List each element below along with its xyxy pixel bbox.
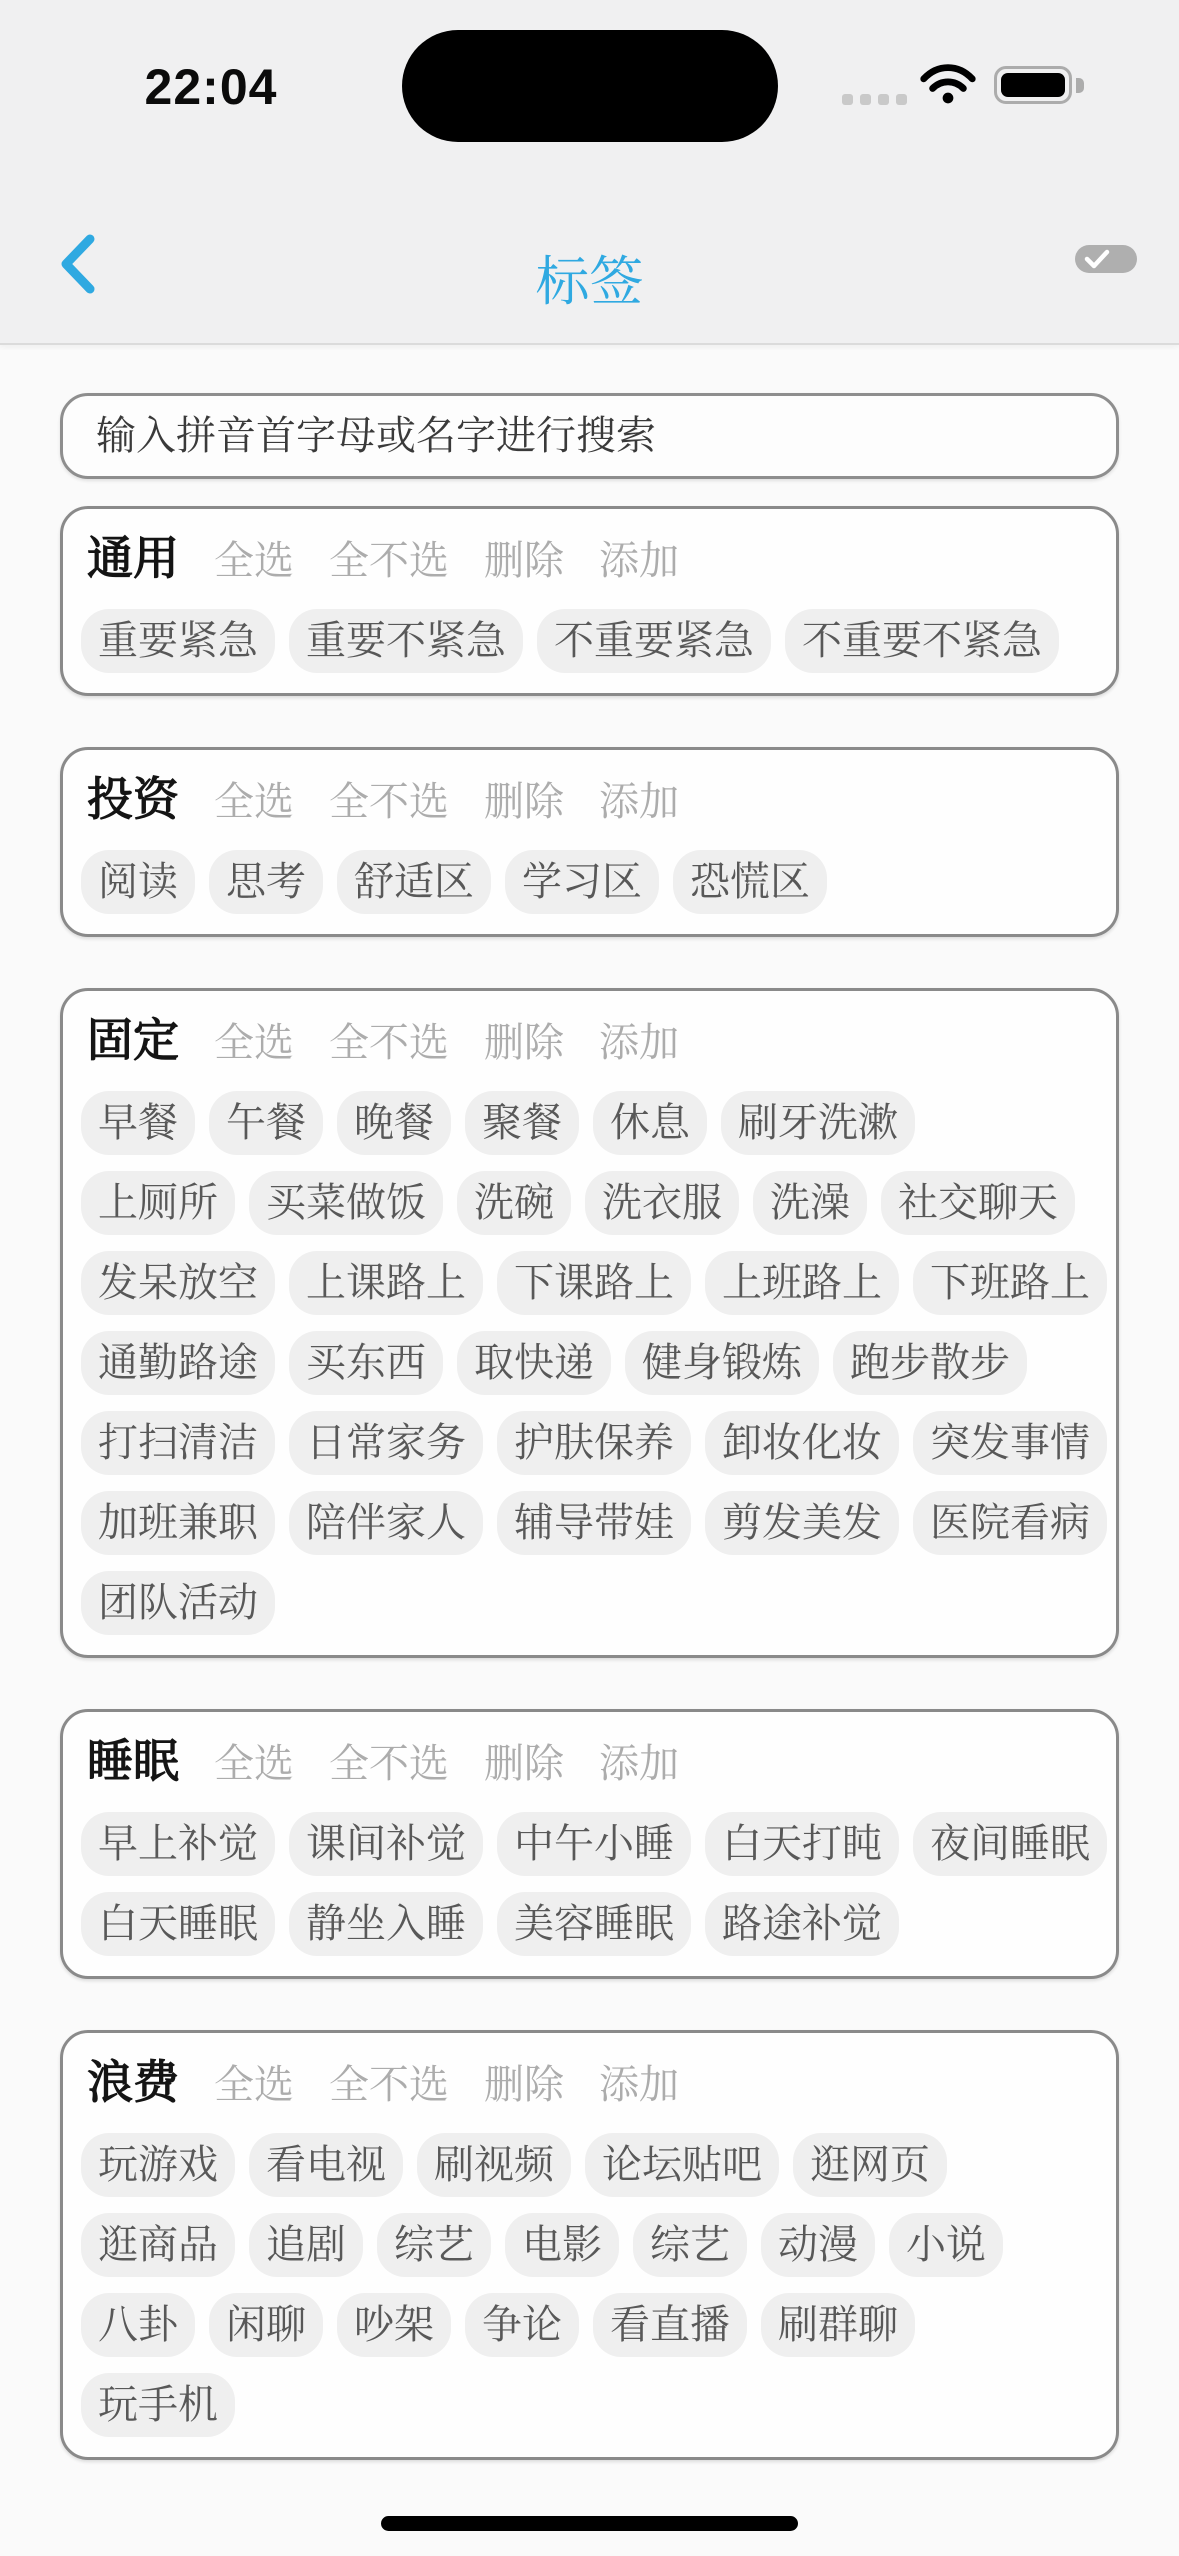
action-add[interactable]: 添加	[599, 1011, 679, 1068]
tag-chip[interactable]: 剪发美发	[705, 1491, 899, 1555]
tag-chip[interactable]: 重要紧急	[81, 609, 275, 673]
tag-chip[interactable]: 下课路上	[497, 1251, 691, 1315]
section-actions: 全选全不选删除添加	[214, 1011, 679, 1068]
section-title: 固定	[87, 1011, 179, 1069]
section-card: 浪费 全选全不选删除添加 玩游戏看电视刷视频论坛贴吧逛网页逛商品追剧综艺电影综艺…	[60, 2030, 1119, 2460]
section-actions: 全选全不选删除添加	[214, 1732, 679, 1789]
tag-chip[interactable]: 买菜做饭	[249, 1171, 443, 1235]
tag-chip[interactable]: 上课路上	[289, 1251, 483, 1315]
tag-chip[interactable]: 跑步散步	[833, 1331, 1027, 1395]
tag-row: 早餐午餐晚餐聚餐休息刷牙洗漱	[81, 1091, 1098, 1155]
select-all-toggle[interactable]	[1075, 245, 1137, 273]
action-deselect-all[interactable]: 全不选	[329, 2053, 449, 2110]
cellular-signal-dots-icon	[842, 94, 907, 105]
action-delete[interactable]: 删除	[484, 1732, 564, 1789]
action-select-all[interactable]: 全选	[214, 1732, 294, 1789]
tag-chip[interactable]: 护肤保养	[497, 1411, 691, 1475]
home-indicator[interactable]	[381, 2516, 798, 2531]
tag-chip[interactable]: 上班路上	[705, 1251, 899, 1315]
tag-chip[interactable]: 争论	[465, 2293, 579, 2357]
tag-chip[interactable]: 刷视频	[417, 2133, 571, 2197]
tag-row: 团队活动	[81, 1571, 1098, 1635]
action-delete[interactable]: 删除	[484, 770, 564, 827]
tag-chip[interactable]: 健身锻炼	[625, 1331, 819, 1395]
action-deselect-all[interactable]: 全不选	[329, 770, 449, 827]
tag-rows: 重要紧急重要不紧急不重要紧急不重要不紧急	[81, 609, 1098, 673]
tag-chip[interactable]: 社交聊天	[881, 1171, 1075, 1235]
search-input[interactable]	[60, 393, 1119, 479]
tag-chip[interactable]: 早餐	[81, 1091, 195, 1155]
wifi-icon	[920, 63, 976, 110]
section-actions: 全选全不选删除添加	[214, 2053, 679, 2110]
tag-row: 重要紧急重要不紧急不重要紧急不重要不紧急	[81, 609, 1098, 673]
tag-row: 阅读思考舒适区学习区恐慌区	[81, 850, 1098, 914]
section-card: 睡眠 全选全不选删除添加 早上补觉课间补觉中午小睡白天打盹夜间睡眠白天睡眠静坐入…	[60, 1709, 1119, 1979]
tag-chip[interactable]: 午餐	[209, 1091, 323, 1155]
section-actions: 全选全不选删除添加	[214, 529, 679, 586]
tag-row: 八卦闲聊吵架争论看直播刷群聊	[81, 2293, 1098, 2357]
section-title: 投资	[87, 770, 179, 828]
tag-chip[interactable]: 辅导带娃	[497, 1491, 691, 1555]
dynamic-island	[402, 30, 778, 142]
tag-chip[interactable]: 综艺	[633, 2213, 747, 2277]
tag-chip[interactable]: 小说	[889, 2213, 1003, 2277]
tag-row: 打扫清洁日常家务护肤保养卸妆化妆突发事情	[81, 1411, 1098, 1475]
header: 22:04 标签	[0, 0, 1179, 345]
tag-chip[interactable]: 夜间睡眠	[913, 1812, 1107, 1876]
sections: 通用 全选全不选删除添加 重要紧急重要不紧急不重要紧急不重要不紧急 投资 全选全…	[60, 506, 1119, 2460]
battery-fill	[1001, 73, 1065, 97]
section-title: 睡眠	[87, 1732, 179, 1790]
tag-chip[interactable]: 加班兼职	[81, 1491, 275, 1555]
tag-row: 玩手机	[81, 2373, 1098, 2437]
section-card: 投资 全选全不选删除添加 阅读思考舒适区学习区恐慌区	[60, 747, 1119, 937]
tag-chip[interactable]: 逛网页	[793, 2133, 947, 2197]
tag-row: 早上补觉课间补觉中午小睡白天打盹夜间睡眠	[81, 1812, 1098, 1876]
tag-chip[interactable]: 静坐入睡	[289, 1892, 483, 1956]
tag-chip[interactable]: 聚餐	[465, 1091, 579, 1155]
tag-chip[interactable]: 恐慌区	[673, 850, 827, 914]
tag-chip[interactable]: 团队活动	[81, 1571, 275, 1635]
battery-nub	[1076, 78, 1084, 93]
tag-chip[interactable]: 闲聊	[209, 2293, 323, 2357]
tag-rows: 早餐午餐晚餐聚餐休息刷牙洗漱上厕所买菜做饭洗碗洗衣服洗澡社交聊天发呆放空上课路上…	[81, 1091, 1098, 1635]
action-deselect-all[interactable]: 全不选	[329, 529, 449, 586]
action-delete[interactable]: 删除	[484, 1011, 564, 1068]
status-bar: 22:04	[0, 0, 1179, 145]
signal-dot	[860, 94, 871, 105]
tag-chip[interactable]: 取快递	[457, 1331, 611, 1395]
tag-chip[interactable]: 买东西	[289, 1331, 443, 1395]
page-title: 标签	[0, 239, 1179, 316]
main-content: 通用 全选全不选删除添加 重要紧急重要不紧急不重要紧急不重要不紧急 投资 全选全…	[0, 393, 1179, 2460]
tag-chip[interactable]: 路途补觉	[705, 1892, 899, 1956]
tag-chip[interactable]: 中午小睡	[497, 1812, 691, 1876]
action-add[interactable]: 添加	[599, 529, 679, 586]
battery-icon	[994, 66, 1072, 104]
action-select-all[interactable]: 全选	[214, 529, 294, 586]
status-time: 22:04	[126, 58, 296, 116]
tag-chip[interactable]: 玩游戏	[81, 2133, 235, 2197]
tag-chip[interactable]: 打扫清洁	[81, 1411, 275, 1475]
tag-rows: 玩游戏看电视刷视频论坛贴吧逛网页逛商品追剧综艺电影综艺动漫小说八卦闲聊吵架争论看…	[81, 2133, 1098, 2437]
tag-chip[interactable]: 洗澡	[753, 1171, 867, 1235]
action-deselect-all[interactable]: 全不选	[329, 1011, 449, 1068]
tag-row: 上厕所买菜做饭洗碗洗衣服洗澡社交聊天	[81, 1171, 1098, 1235]
tag-chip[interactable]: 白天睡眠	[81, 1892, 275, 1956]
tag-chip[interactable]: 美容睡眠	[497, 1892, 691, 1956]
action-delete[interactable]: 删除	[484, 2053, 564, 2110]
tag-chip[interactable]: 动漫	[761, 2213, 875, 2277]
tag-rows: 早上补觉课间补觉中午小睡白天打盹夜间睡眠白天睡眠静坐入睡美容睡眠路途补觉	[81, 1812, 1098, 1956]
tag-chip[interactable]: 卸妆化妆	[705, 1411, 899, 1475]
tag-row: 通勤路途买东西取快递健身锻炼跑步散步	[81, 1331, 1098, 1395]
tag-chip[interactable]: 不重要紧急	[537, 609, 771, 673]
tag-chip[interactable]: 上厕所	[81, 1171, 235, 1235]
tag-chip[interactable]: 课间补觉	[289, 1812, 483, 1876]
action-deselect-all[interactable]: 全不选	[329, 1732, 449, 1789]
section-title: 通用	[87, 529, 179, 587]
tag-chip[interactable]: 下班路上	[913, 1251, 1107, 1315]
signal-dot	[878, 94, 889, 105]
tag-chip[interactable]: 吵架	[337, 2293, 451, 2357]
tag-row: 玩游戏看电视刷视频论坛贴吧逛网页	[81, 2133, 1098, 2197]
signal-dot	[896, 94, 907, 105]
tag-chip[interactable]: 通勤路途	[81, 1331, 275, 1395]
action-delete[interactable]: 删除	[484, 529, 564, 586]
tag-chip[interactable]: 思考	[209, 850, 323, 914]
section-actions: 全选全不选删除添加	[214, 770, 679, 827]
tag-chip[interactable]: 早上补觉	[81, 1812, 275, 1876]
tag-chip[interactable]: 休息	[593, 1091, 707, 1155]
section-card: 通用 全选全不选删除添加 重要紧急重要不紧急不重要紧急不重要不紧急	[60, 506, 1119, 696]
nav-bar: 标签	[0, 145, 1179, 343]
tag-chip[interactable]: 刷牙洗漱	[721, 1091, 915, 1155]
tag-chip[interactable]: 学习区	[505, 850, 659, 914]
signal-dot	[842, 94, 853, 105]
section-title: 浪费	[87, 2053, 179, 2111]
action-add[interactable]: 添加	[599, 2053, 679, 2110]
tag-row: 白天睡眠静坐入睡美容睡眠路途补觉	[81, 1892, 1098, 1956]
tag-chip[interactable]: 看直播	[593, 2293, 747, 2357]
tag-rows: 阅读思考舒适区学习区恐慌区	[81, 850, 1098, 914]
action-add[interactable]: 添加	[599, 1732, 679, 1789]
tag-chip[interactable]: 洗衣服	[585, 1171, 739, 1235]
tag-chip[interactable]: 发呆放空	[81, 1251, 275, 1315]
section-header: 浪费 全选全不选删除添加	[81, 2053, 1098, 2111]
tag-chip[interactable]: 阅读	[81, 850, 195, 914]
section-card: 固定 全选全不选删除添加 早餐午餐晚餐聚餐休息刷牙洗漱上厕所买菜做饭洗碗洗衣服洗…	[60, 988, 1119, 1658]
tag-chip[interactable]: 陪伴家人	[289, 1491, 483, 1555]
tag-chip[interactable]: 舒适区	[337, 850, 491, 914]
tag-chip[interactable]: 综艺	[377, 2213, 491, 2277]
section-header: 投资 全选全不选删除添加	[81, 770, 1098, 828]
action-add[interactable]: 添加	[599, 770, 679, 827]
tag-chip[interactable]: 逛商品	[81, 2213, 235, 2277]
tag-chip[interactable]: 玩手机	[81, 2373, 235, 2437]
tag-chip[interactable]: 八卦	[81, 2293, 195, 2357]
action-select-all[interactable]: 全选	[214, 2053, 294, 2110]
tag-chip[interactable]: 白天打盹	[705, 1812, 899, 1876]
action-select-all[interactable]: 全选	[214, 770, 294, 827]
tag-chip[interactable]: 刷群聊	[761, 2293, 915, 2357]
action-select-all[interactable]: 全选	[214, 1011, 294, 1068]
tag-chip[interactable]: 晚餐	[337, 1091, 451, 1155]
tag-chip[interactable]: 电影	[505, 2213, 619, 2277]
tag-chip[interactable]: 不重要不紧急	[785, 609, 1059, 673]
section-header: 固定 全选全不选删除添加	[81, 1011, 1098, 1069]
tag-chip[interactable]: 突发事情	[913, 1411, 1107, 1475]
tag-chip[interactable]: 日常家务	[289, 1411, 483, 1475]
tag-row: 发呆放空上课路上下课路上上班路上下班路上	[81, 1251, 1098, 1315]
tag-chip[interactable]: 医院看病	[913, 1491, 1107, 1555]
tag-chip[interactable]: 洗碗	[457, 1171, 571, 1235]
tag-chip[interactable]: 看电视	[249, 2133, 403, 2197]
tag-chip[interactable]: 追剧	[249, 2213, 363, 2277]
check-icon	[1084, 248, 1110, 270]
section-header: 睡眠 全选全不选删除添加	[81, 1732, 1098, 1790]
tag-chip[interactable]: 重要不紧急	[289, 609, 523, 673]
tag-chip[interactable]: 论坛贴吧	[585, 2133, 779, 2197]
section-header: 通用 全选全不选删除添加	[81, 529, 1098, 587]
tag-row: 加班兼职陪伴家人辅导带娃剪发美发医院看病	[81, 1491, 1098, 1555]
tag-row: 逛商品追剧综艺电影综艺动漫小说	[81, 2213, 1098, 2277]
